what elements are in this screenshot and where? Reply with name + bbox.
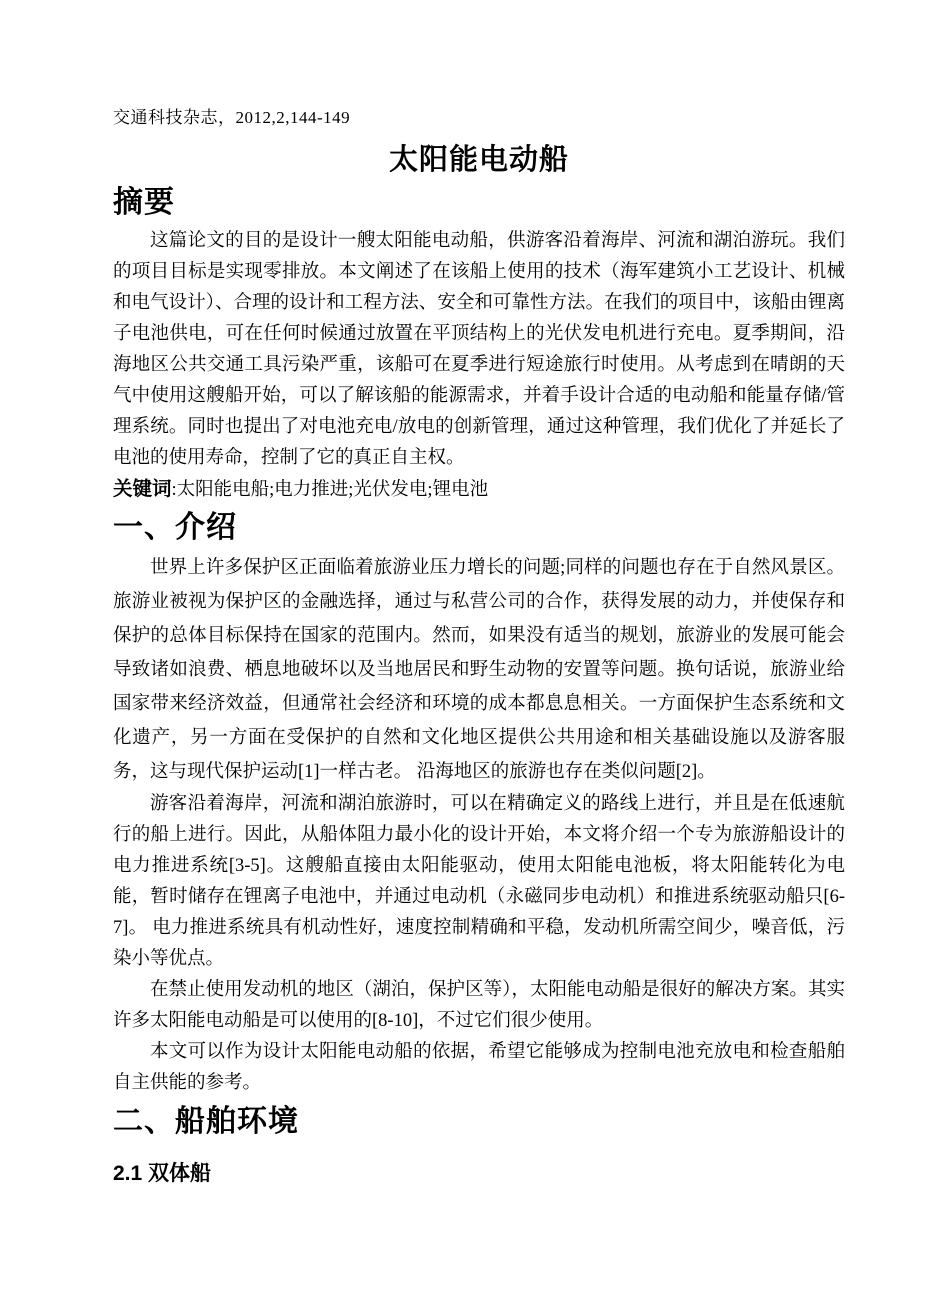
subsection-2-1-heading: 2.1 双体船	[113, 1159, 845, 1189]
intro-paragraph-4: 本文可以作为设计太阳能电动船的依据，希望它能够成为控制电池充放电和检查船舶自主供…	[113, 1037, 845, 1099]
abstract-heading: 摘要	[113, 180, 845, 226]
intro-paragraph-2: 游客沿着海岸，河流和湖泊旅游时，可以在精确定义的路线上进行，并且是在低速航行的船…	[113, 789, 845, 975]
intro-paragraph-3: 在禁止使用发动机的地区（湖泊，保护区等），太阳能电动船是很好的解决方案。其实许多…	[113, 975, 845, 1037]
keywords-text: :太阳能电船;电力推进;光伏发电;锂电池	[172, 480, 489, 500]
intro-paragraph-1: 世界上许多保护区正面临着旅游业压力增长的问题;同样的问题也存在于自然风景区。旅游…	[113, 551, 845, 789]
section-1-heading: 一、介绍	[113, 505, 845, 551]
keywords-line: 关键词:太阳能电船;电力推进;光伏发电;锂电池	[113, 474, 845, 505]
keywords-label: 关键词	[113, 478, 172, 500]
section-2-heading: 二、船舶环境	[113, 1099, 845, 1145]
abstract-paragraph: 这篇论文的目的是设计一艘太阳能电动船，供游客沿着海岸、河流和湖泊游玩。我们的项目…	[113, 226, 845, 474]
document-page: 交通科技杂志，2012,2,144-149 太阳能电动船 摘要 这篇论文的目的是…	[0, 0, 926, 1309]
journal-reference: 交通科技杂志，2012,2,144-149	[113, 106, 845, 130]
document-title: 太阳能电动船	[113, 140, 845, 180]
